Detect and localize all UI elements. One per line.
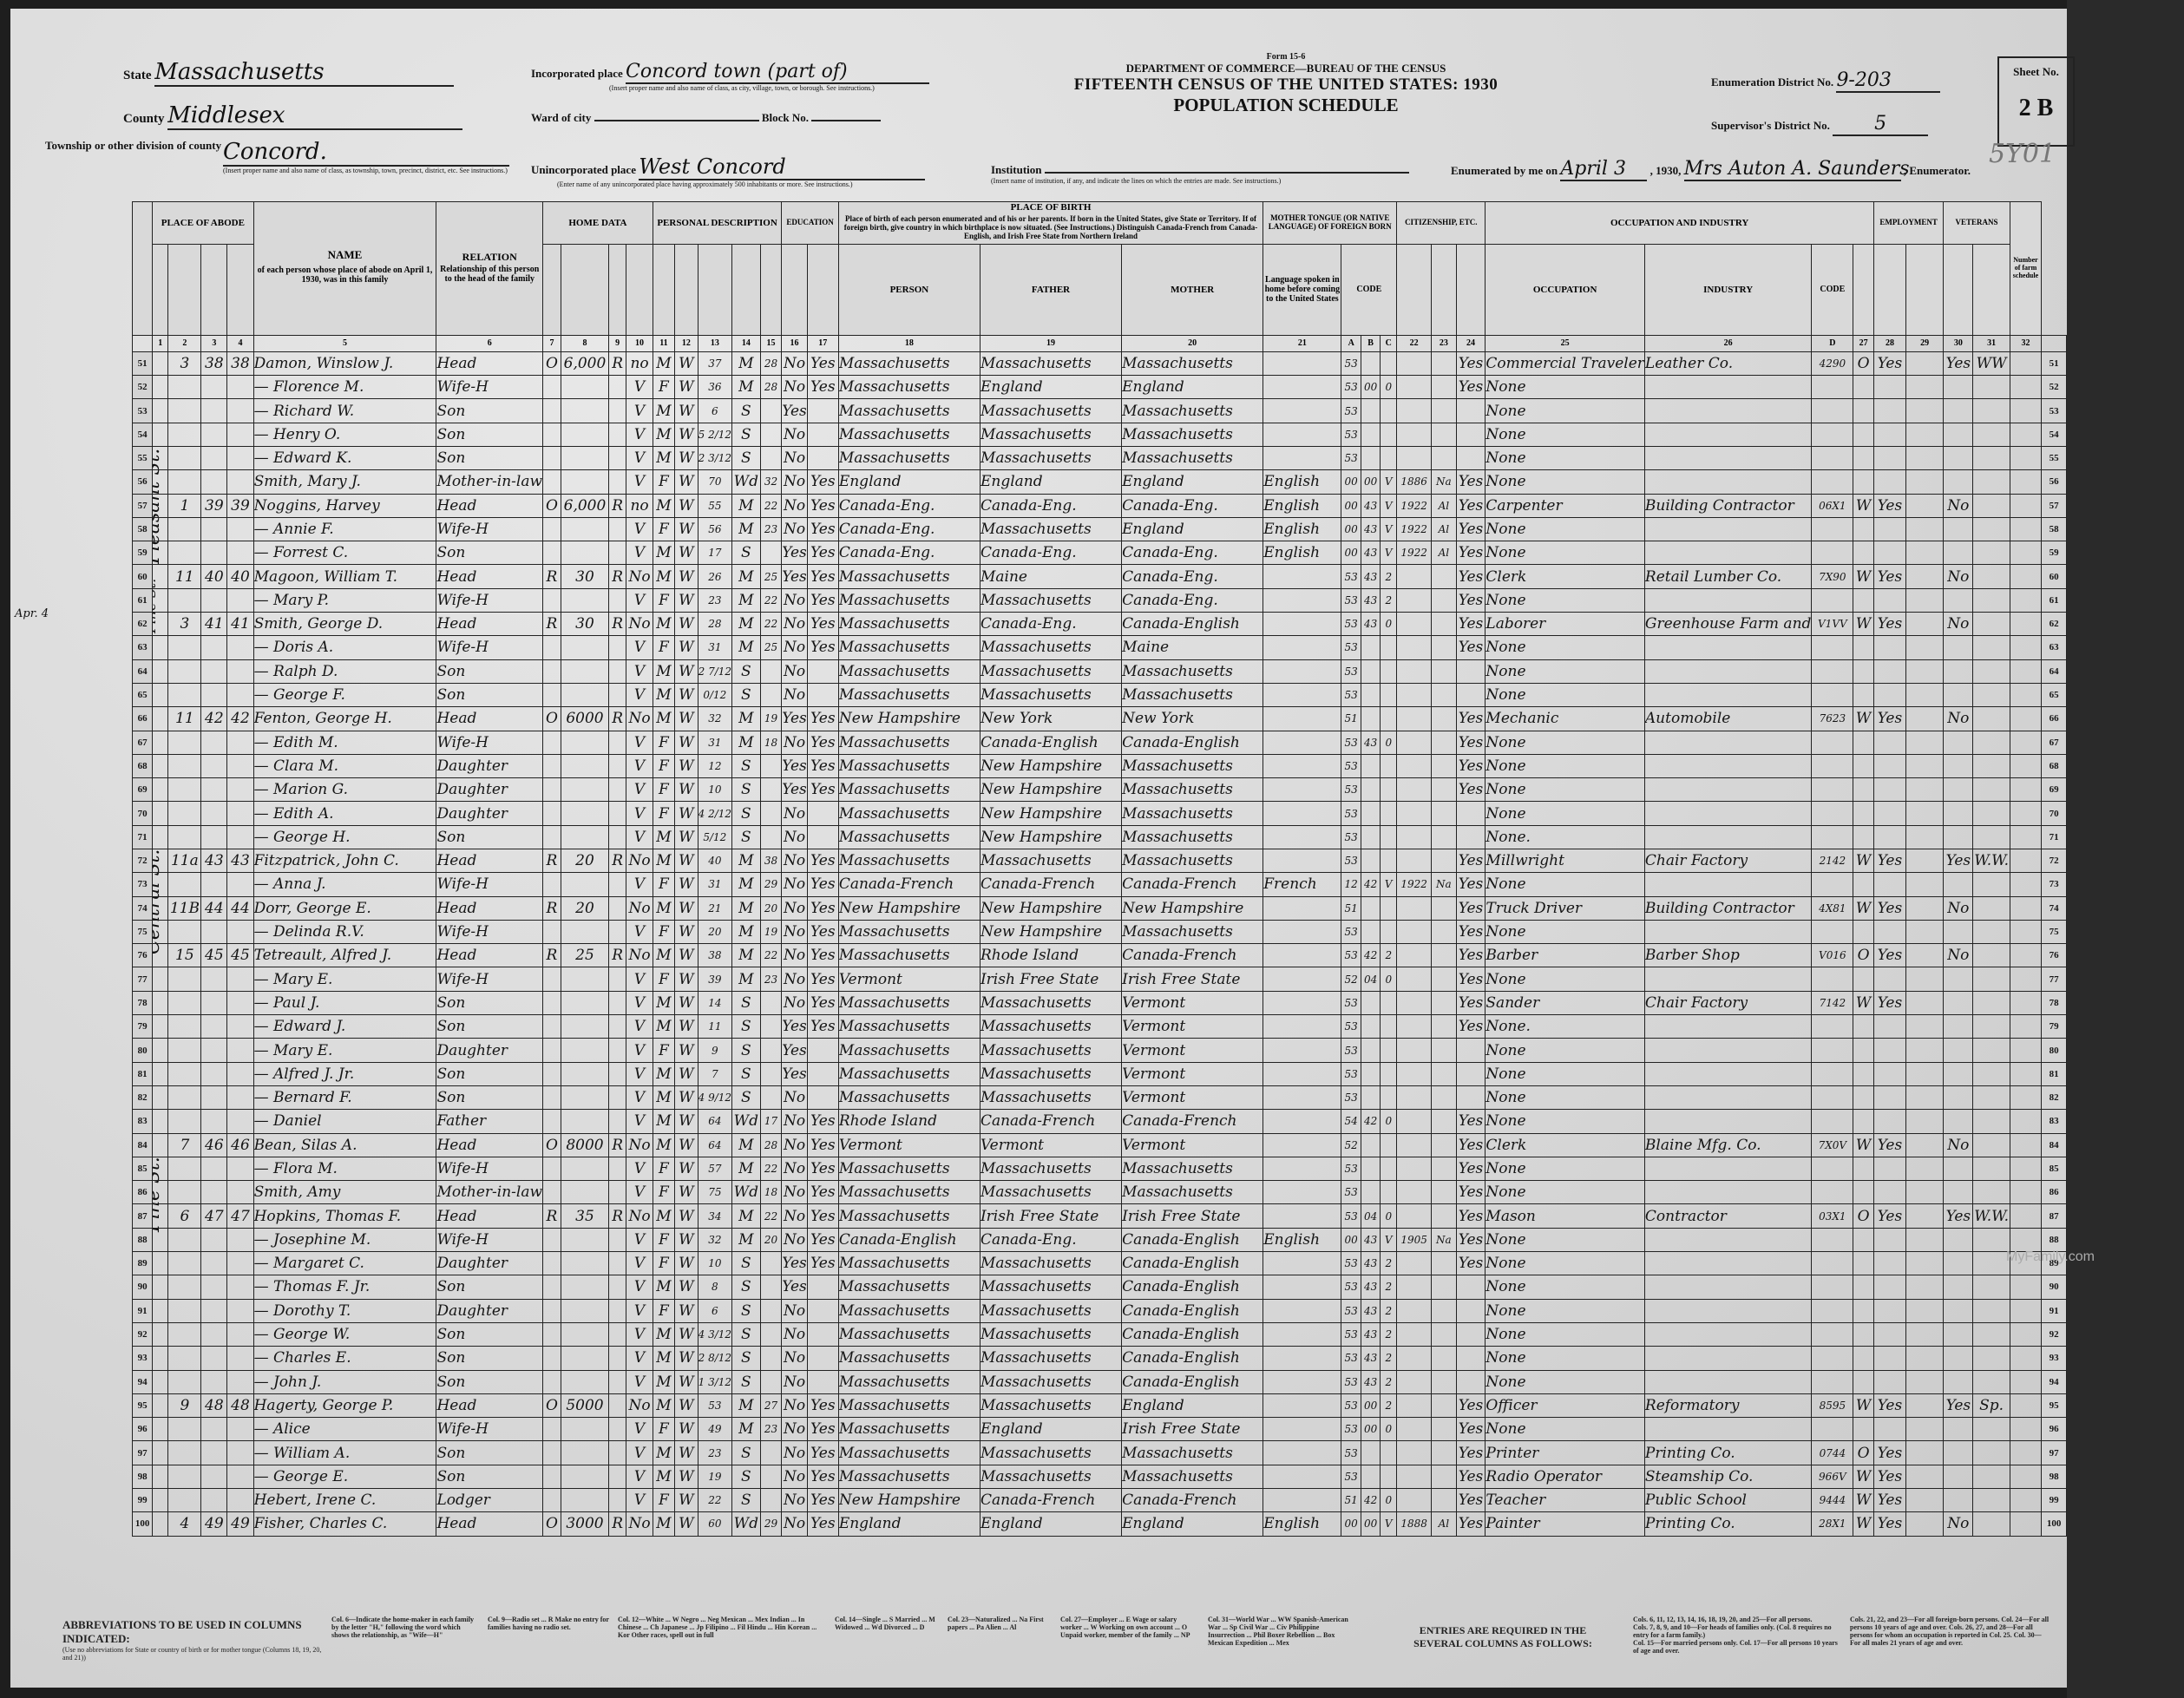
- cell-eng: [1456, 659, 1486, 683]
- cell-owned: R: [543, 849, 561, 873]
- cell-marital: Wd: [732, 470, 761, 494]
- cell-marital: M: [732, 896, 761, 920]
- cell-ca: 54: [1341, 1110, 1361, 1133]
- cell-war: [1973, 1228, 2010, 1251]
- cell-class: [1853, 1085, 1874, 1109]
- cell-race: W: [675, 376, 698, 399]
- cell-work: [1873, 1157, 1905, 1180]
- cell-relation: Mother-in-law: [436, 470, 543, 494]
- cell-nat: [1432, 802, 1456, 825]
- unemployment-cell: [1905, 1370, 1943, 1393]
- cell-farm: V: [626, 1252, 653, 1275]
- cell-father: Massachusetts: [980, 1465, 1121, 1488]
- cell-ca: 53: [1341, 351, 1361, 375]
- line-number: 95: [133, 1393, 153, 1417]
- farm-schedule-cell: [2010, 1062, 2041, 1085]
- cell-farm: V: [626, 1418, 653, 1441]
- cell-age: 31: [698, 731, 731, 754]
- cell-cb: 43: [1361, 1299, 1380, 1322]
- cell-code: 7623: [1812, 707, 1853, 731]
- cell-sex: M: [653, 565, 674, 588]
- line-number-right: 57: [2042, 494, 2067, 517]
- cell-school: Yes: [782, 707, 808, 731]
- farm-schedule-cell: [2010, 920, 2041, 943]
- cell-farm: V: [626, 1275, 653, 1299]
- cell-imm: [1397, 1252, 1432, 1275]
- cell-industry: [1644, 1252, 1812, 1275]
- line-number: 94: [133, 1370, 153, 1393]
- col-num: 13: [698, 335, 731, 351]
- cell-cb: [1361, 1062, 1380, 1085]
- col-num: 14: [732, 335, 761, 351]
- cell-eng: Yes: [1456, 351, 1486, 375]
- cell-race: W: [675, 1465, 698, 1488]
- table-row: 71— George H.SonVMW5/12SNoMassachusettsN…: [133, 825, 2067, 849]
- street-cell: [153, 1347, 168, 1370]
- cell-class: [1853, 399, 1874, 423]
- cell-vet: Yes: [1944, 849, 1973, 873]
- state-value: Massachusetts: [154, 59, 454, 87]
- code-header: CODE: [1341, 244, 1397, 335]
- cell-cb: [1361, 849, 1380, 873]
- cell-war: [1973, 991, 2010, 1014]
- cell-mother: Canada-English: [1122, 1252, 1263, 1275]
- cell-read: Yes: [807, 636, 838, 659]
- cell-farm: V: [626, 517, 653, 541]
- cell-occupation: None: [1486, 659, 1645, 683]
- cell-cb: 43: [1361, 588, 1380, 612]
- cell-nat: [1432, 1015, 1456, 1039]
- cell-age: 28: [698, 613, 731, 636]
- line-number-right: 77: [2042, 967, 2067, 991]
- cell-age: 10: [698, 778, 731, 802]
- cell-work: [1873, 1039, 1905, 1062]
- cell-name: — Edward J.: [253, 1015, 436, 1039]
- cell-sex: M: [653, 399, 674, 423]
- cell-work: [1873, 1275, 1905, 1299]
- cell-ca: 53: [1341, 1157, 1361, 1180]
- cell-war: [1973, 1157, 2010, 1180]
- cell-race: W: [675, 541, 698, 565]
- cell-house: [168, 446, 201, 469]
- cell-war: [1973, 825, 2010, 849]
- cell-relation: Wife-H: [436, 1157, 543, 1180]
- cell-father: Irish Free State: [980, 967, 1121, 991]
- cell-cc: [1381, 1133, 1397, 1157]
- street-cell: [153, 1062, 168, 1085]
- col-num: 25: [1486, 335, 1645, 351]
- cell-read: Yes: [807, 873, 838, 896]
- cell-code: 9444: [1812, 1489, 1853, 1512]
- cell-mother: Irish Free State: [1122, 1204, 1263, 1228]
- cell-family: 40: [227, 565, 253, 588]
- cell-age: 57: [698, 1157, 731, 1180]
- cell-value: [561, 423, 608, 446]
- cell-work: Yes: [1873, 991, 1905, 1014]
- line-number: 68: [133, 754, 153, 777]
- cell-school: No: [782, 1110, 808, 1133]
- cell-name: — George F.: [253, 683, 436, 706]
- street-cell: [153, 896, 168, 920]
- cell-sex: F: [653, 754, 674, 777]
- cell-war: [1973, 967, 2010, 991]
- cell-class: O: [1853, 1204, 1874, 1228]
- cell-owned: [543, 1039, 561, 1062]
- cell-relation: Son: [436, 1441, 543, 1465]
- street-cell: [153, 1370, 168, 1393]
- cell-race: W: [675, 1322, 698, 1346]
- cell-age_marr: [760, 1275, 782, 1299]
- cell-radio: [609, 1370, 626, 1393]
- cell-relation: Head: [436, 351, 543, 375]
- cell-house: [168, 1039, 201, 1062]
- cell-occupation: Clerk: [1486, 565, 1645, 588]
- cell-eng: Yes: [1456, 1204, 1486, 1228]
- cell-cc: V: [1381, 494, 1397, 517]
- cell-name: — Delinda R.V.: [253, 920, 436, 943]
- cell-industry: [1644, 873, 1812, 896]
- cell-farm: no: [626, 351, 653, 375]
- cell-cb: [1361, 1085, 1380, 1109]
- cell-imm: [1397, 1275, 1432, 1299]
- cell-family: [227, 659, 253, 683]
- cell-name: — John J.: [253, 1370, 436, 1393]
- col-num: 12: [675, 335, 698, 351]
- unemployment-cell: [1905, 541, 1943, 565]
- cell-farm: V: [626, 1228, 653, 1251]
- personal-header: PERSONAL DESCRIPTION: [653, 202, 781, 245]
- table-row: 83— DanielFatherVMW64Wd17NoYesRhode Isla…: [133, 1110, 2067, 1133]
- cell-nat: [1432, 944, 1456, 967]
- cell-family: [227, 1062, 253, 1085]
- cell-nat: Al: [1432, 517, 1456, 541]
- cell-dwelling: 45: [201, 944, 227, 967]
- cell-sex: F: [653, 1228, 674, 1251]
- line-number-right: 96: [2042, 1418, 2067, 1441]
- line-number-right: 98: [2042, 1465, 2067, 1488]
- cell-house: [168, 920, 201, 943]
- farm-schedule-cell: [2010, 1110, 2041, 1133]
- cell-father: Vermont: [980, 1133, 1121, 1157]
- cell-war: [1973, 873, 2010, 896]
- table-row: 8474646Bean, Silas A.HeadO8000RNoMW64M28…: [133, 1133, 2067, 1157]
- cell-cc: [1381, 920, 1397, 943]
- cell-family: [227, 825, 253, 849]
- cell-eng: Yes: [1456, 494, 1486, 517]
- cell-read: [807, 1370, 838, 1393]
- street-cell: [153, 1275, 168, 1299]
- cell-house: 11: [168, 707, 201, 731]
- cell-read: Yes: [807, 588, 838, 612]
- cell-race: W: [675, 1039, 698, 1062]
- street-cell: [153, 588, 168, 612]
- cell-war: [1973, 778, 2010, 802]
- cell-marital: M: [732, 1204, 761, 1228]
- cell-school: No: [782, 920, 808, 943]
- cell-vet: No: [1944, 494, 1973, 517]
- cell-pob: Massachusetts: [838, 423, 980, 446]
- cell-race: W: [675, 920, 698, 943]
- table-row: 61— Mary P.Wife-HVFW23M22NoYesMassachuse…: [133, 588, 2067, 612]
- cell-nat: Al: [1432, 1512, 1456, 1536]
- street-cell: [153, 802, 168, 825]
- cell-family: [227, 1465, 253, 1488]
- farm-schedule-cell: [2010, 565, 2041, 588]
- abbrev-note: (Use no abbreviations for State or count…: [62, 1646, 323, 1662]
- cell-imm: [1397, 1347, 1432, 1370]
- line-number: 64: [133, 659, 153, 683]
- cell-farm: No: [626, 565, 653, 588]
- cell-class: W: [1853, 991, 1874, 1014]
- cell-nat: [1432, 778, 1456, 802]
- cell-marital: Wd: [732, 1110, 761, 1133]
- cell-code: 966V: [1812, 1465, 1853, 1488]
- cell-mother: Canada-English: [1122, 731, 1263, 754]
- cell-owned: [543, 1299, 561, 1322]
- cell-marital: S: [732, 1039, 761, 1062]
- cell-dwelling: [201, 873, 227, 896]
- cell-read: [807, 1275, 838, 1299]
- cell-sex: M: [653, 1062, 674, 1085]
- cell-pob: Massachusetts: [838, 944, 980, 967]
- unemployment-cell: [1905, 1062, 1943, 1085]
- cell-eng: Yes: [1456, 944, 1486, 967]
- incorporated-value: Concord town (part of): [626, 61, 929, 84]
- cell-industry: [1644, 446, 1812, 469]
- cell-sex: M: [653, 707, 674, 731]
- cell-value: 20: [561, 896, 608, 920]
- cell-name: — Mary P.: [253, 588, 436, 612]
- cell-occupation: None: [1486, 967, 1645, 991]
- cell-school: No: [782, 613, 808, 636]
- cell-read: [807, 825, 838, 849]
- cell-dwelling: [201, 446, 227, 469]
- cell-work: [1873, 423, 1905, 446]
- cell-imm: [1397, 1039, 1432, 1062]
- unemployment-cell: [1905, 1465, 1943, 1488]
- cell-family: [227, 1157, 253, 1180]
- cell-lang: [1263, 1181, 1341, 1204]
- cell-age: 9: [698, 1039, 731, 1062]
- cell-owned: R: [543, 613, 561, 636]
- cell-read: Yes: [807, 1204, 838, 1228]
- line-number: 61: [133, 588, 153, 612]
- cell-family: 38: [227, 351, 253, 375]
- cell-marital: M: [732, 1418, 761, 1441]
- cell-age_marr: 22: [760, 588, 782, 612]
- cell-cb: [1361, 659, 1380, 683]
- cell-cb: [1361, 1039, 1380, 1062]
- cell-ca: 53: [1341, 731, 1361, 754]
- farm-schedule-cell: [2010, 1228, 2041, 1251]
- cell-radio: R: [609, 849, 626, 873]
- cell-family: [227, 541, 253, 565]
- cell-nat: [1432, 1347, 1456, 1370]
- cell-farm: V: [626, 683, 653, 706]
- cell-industry: [1644, 376, 1812, 399]
- cell-eng: [1456, 1039, 1486, 1062]
- cell-farm: No: [626, 896, 653, 920]
- cell-cc: 2: [1381, 1252, 1397, 1275]
- institution-field: Institution (Insert name of institution,…: [991, 163, 1409, 185]
- cell-sex: F: [653, 376, 674, 399]
- cell-value: [561, 399, 608, 423]
- cell-nat: [1432, 1252, 1456, 1275]
- cell-age: 5 2/12: [698, 423, 731, 446]
- cell-mother: Canada-Eng.: [1122, 565, 1263, 588]
- cell-nat: [1432, 636, 1456, 659]
- col-num: D: [1812, 335, 1853, 351]
- cell-radio: [609, 588, 626, 612]
- cell-mother: Massachusetts: [1122, 1157, 1263, 1180]
- cell-war: [1973, 1039, 2010, 1062]
- cell-eng: Yes: [1456, 967, 1486, 991]
- institution-value: [1045, 172, 1409, 174]
- occupation-industry-header: OCCUPATION AND INDUSTRY: [1486, 202, 1874, 245]
- cell-marital: M: [732, 873, 761, 896]
- line-number: 65: [133, 683, 153, 706]
- cell-age_marr: [760, 1299, 782, 1322]
- cell-family: [227, 1181, 253, 1204]
- cell-family: [227, 399, 253, 423]
- cell-name: — Thomas F. Jr.: [253, 1275, 436, 1299]
- cell-lang: [1263, 1062, 1341, 1085]
- cell-eng: Yes: [1456, 1418, 1486, 1441]
- cell-work: [1873, 1085, 1905, 1109]
- cell-father: Massachusetts: [980, 351, 1121, 375]
- education-header: EDUCATION: [782, 202, 839, 245]
- line-number: 87: [133, 1204, 153, 1228]
- cell-industry: [1644, 1181, 1812, 1204]
- line-number: 51: [133, 351, 153, 375]
- cell-marital: M: [732, 565, 761, 588]
- cell-mother: Canada-French: [1122, 1110, 1263, 1133]
- line-number-right: 58: [2042, 517, 2067, 541]
- line-number: 67: [133, 731, 153, 754]
- cell-lang: [1263, 1252, 1341, 1275]
- cell-occupation: Commercial Traveler: [1486, 351, 1645, 375]
- cell-work: Yes: [1873, 565, 1905, 588]
- line-number: 79: [133, 1015, 153, 1039]
- cell-sex: F: [653, 1489, 674, 1512]
- cell-nat: [1432, 1393, 1456, 1417]
- cell-pob: Massachusetts: [838, 659, 980, 683]
- line-number-right: 92: [2042, 1322, 2067, 1346]
- ed-value: 9-203: [1836, 69, 1940, 93]
- cell-cc: 0: [1381, 376, 1397, 399]
- cell-class: [1853, 920, 1874, 943]
- cell-imm: [1397, 896, 1432, 920]
- cell-work: Yes: [1873, 613, 1905, 636]
- cell-family: [227, 1039, 253, 1062]
- cell-age: 14: [698, 991, 731, 1014]
- cell-vet: [1944, 399, 1973, 423]
- place-of-abode-header: PLACE OF ABODE: [153, 202, 253, 245]
- cell-lang: [1263, 1465, 1341, 1488]
- cell-owned: R: [543, 1204, 561, 1228]
- line-number: 83: [133, 1110, 153, 1133]
- cell-imm: [1397, 613, 1432, 636]
- cell-house: [168, 376, 201, 399]
- cell-cb: 43: [1361, 1370, 1380, 1393]
- cell-cc: 2: [1381, 1322, 1397, 1346]
- cell-age: 2 3/12: [698, 446, 731, 469]
- cell-class: [1853, 1347, 1874, 1370]
- cell-vet: [1944, 1465, 1973, 1488]
- farm-schedule-cell: [2010, 613, 2041, 636]
- cell-code: [1812, 1252, 1853, 1275]
- cell-owned: [543, 778, 561, 802]
- unemployment-cell: [1905, 1489, 1943, 1512]
- cell-war: [1973, 1015, 2010, 1039]
- cell-code: [1812, 683, 1853, 706]
- col-num: 26: [1644, 335, 1812, 351]
- cell-family: [227, 517, 253, 541]
- cell-age: 49: [698, 1418, 731, 1441]
- line-number: 72: [133, 849, 153, 873]
- entries-2: Cols. 7, 8, 9, and 10—For heads of famil…: [1633, 1623, 1841, 1639]
- cell-ca: 53: [1341, 778, 1361, 802]
- cell-nat: [1432, 1418, 1456, 1441]
- cell-cc: [1381, 399, 1397, 423]
- cell-read: Yes: [807, 1393, 838, 1417]
- cell-imm: [1397, 1085, 1432, 1109]
- cell-race: W: [675, 565, 698, 588]
- cell-marital: S: [732, 1489, 761, 1512]
- farm-schedule-cell: [2010, 446, 2041, 469]
- unemployment-cell: [1905, 1181, 1943, 1204]
- cell-dwelling: 41: [201, 613, 227, 636]
- cell-father: Massachusetts: [980, 659, 1121, 683]
- cell-value: 20: [561, 849, 608, 873]
- line-number-right: 60: [2042, 565, 2067, 588]
- cell-war: [1973, 588, 2010, 612]
- cell-relation: Son: [436, 1465, 543, 1488]
- cell-age_marr: [760, 446, 782, 469]
- cell-value: [561, 1275, 608, 1299]
- cell-class: W: [1853, 1512, 1874, 1536]
- cell-farm: No: [626, 1133, 653, 1157]
- cell-sex: F: [653, 802, 674, 825]
- cell-farm: No: [626, 1512, 653, 1536]
- cell-work: [1873, 588, 1905, 612]
- table-row: 80— Mary E.DaughterVFW9SYesMassachusetts…: [133, 1039, 2067, 1062]
- cell-house: [168, 1275, 201, 1299]
- cell-father: New Hampshire: [980, 896, 1121, 920]
- cell-occupation: None: [1486, 1275, 1645, 1299]
- table-row: 5713939Noggins, HarveyHeadO6,000RnoMW55M…: [133, 494, 2067, 517]
- cell-dwelling: [201, 376, 227, 399]
- cell-dwelling: [201, 541, 227, 565]
- farm-schedule-cell: [2010, 1275, 2041, 1299]
- cell-radio: [609, 517, 626, 541]
- cell-war: [1973, 1133, 2010, 1157]
- cell-radio: [609, 1252, 626, 1275]
- street-cell: [153, 1299, 168, 1322]
- cell-read: Yes: [807, 1110, 838, 1133]
- cell-father: Rhode Island: [980, 944, 1121, 967]
- cell-pob: Massachusetts: [838, 1299, 980, 1322]
- cell-dwelling: [201, 1489, 227, 1512]
- street-cell: [153, 731, 168, 754]
- cell-code: 03X1: [1812, 1204, 1853, 1228]
- cell-name: Tetreault, Alfred J.: [253, 944, 436, 967]
- cell-farm: No: [626, 1204, 653, 1228]
- cell-father: New York: [980, 707, 1121, 731]
- cell-father: Massachusetts: [980, 1370, 1121, 1393]
- cell-age_marr: 28: [760, 351, 782, 375]
- cell-war: W.W.: [1973, 1204, 2010, 1228]
